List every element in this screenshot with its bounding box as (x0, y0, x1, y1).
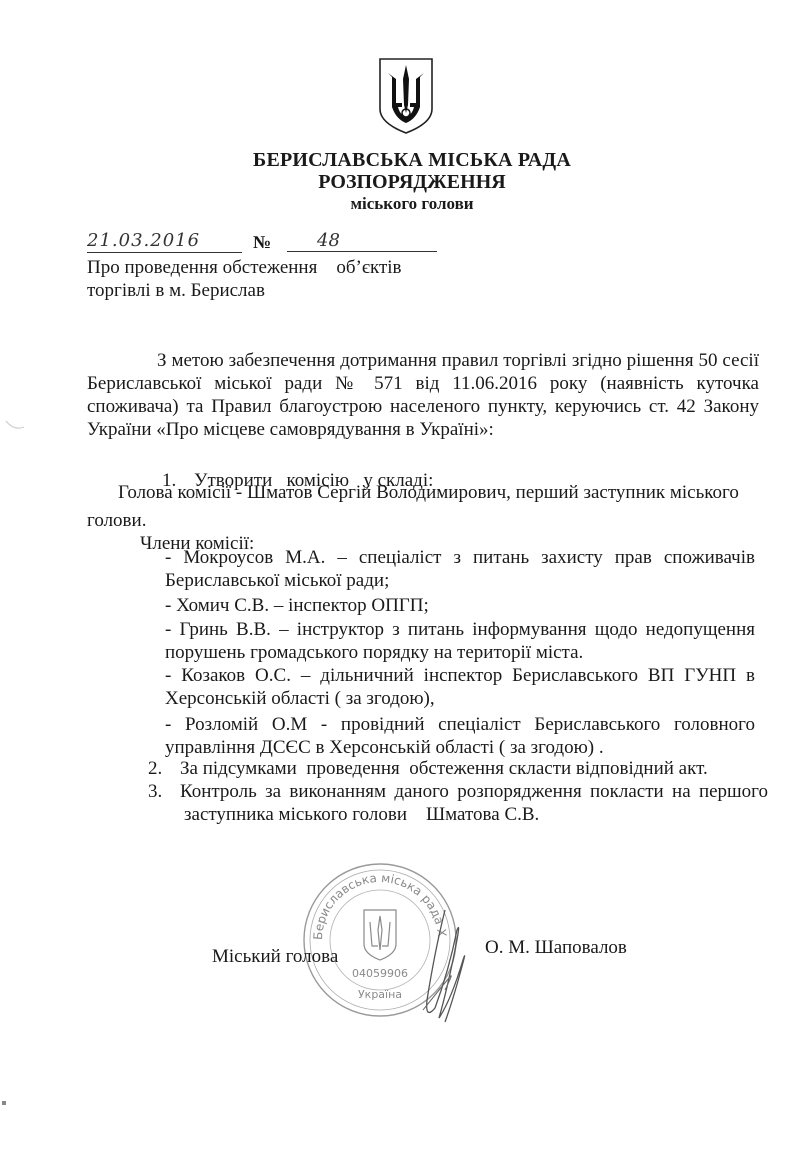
document-subject: Про проведення обстеження об’єктів торгі… (87, 256, 417, 302)
item-3-line-2: заступника міського голови Шматова С.В. (148, 803, 768, 826)
member-5: - Розломій О.М - провідний спеціаліст Бе… (165, 713, 755, 759)
head-of-commission-line-2: голови. (87, 509, 146, 532)
stamp-code: 04059906 (352, 967, 408, 980)
document-issuer: міського голови (0, 194, 800, 214)
member-2: - Хомич С.В. – інспектор ОПГП; (165, 594, 755, 617)
preamble-text: З метою забезпечення дотримання правил т… (87, 349, 759, 441)
signatory-name: О. М. Шаповалов (485, 936, 627, 959)
subject-line-2: торгівлі в м. Берислав (87, 279, 417, 302)
coat-of-arms-icon (374, 55, 438, 135)
member-5-line-2: управління ДСЄС в Херсонській області ( … (165, 736, 755, 759)
signatory-position: Міський голова (212, 945, 338, 968)
scan-dot-mark (2, 1101, 6, 1105)
member-1: - Мокроусов М.А. – спеціаліст з питань з… (165, 546, 755, 592)
item-2: 2.За підсумками проведення обстеження ск… (148, 757, 708, 780)
member-3-line-2: порушень громадського порядку на територ… (165, 641, 755, 664)
head-of-commission-line-1: Голова комісії - Шматов Сергій Володимир… (118, 481, 768, 504)
handwritten-signature (405, 890, 475, 1030)
member-1-line-2: Бериславської міської ради; (165, 569, 755, 592)
member-5-line-1: - Розломій О.М - провідний спеціаліст Бе… (165, 713, 755, 736)
member-3: - Гринь В.В. – інструктор з питань інфор… (165, 618, 755, 664)
member-3-line-1: - Гринь В.В. – інструктор з питань інфор… (165, 618, 755, 641)
number-label: № (253, 232, 271, 253)
item-3: 3. Контроль за виконанням даного розпоря… (148, 780, 768, 826)
item-2-number: 2. (148, 757, 180, 780)
preamble: З метою забезпечення дотримання правил т… (87, 349, 759, 441)
item-3-line-1: Контроль за виконанням даного розпорядже… (180, 780, 768, 803)
date-number-line: 21.03.2016 № 48 (87, 230, 367, 256)
stamp-country: Україна (358, 988, 402, 1001)
member-1-line-1: - Мокроусов М.А. – спеціаліст з питань з… (165, 546, 755, 569)
subject-line-1: Про проведення обстеження об’єктів (87, 256, 417, 279)
scan-hole-mark (4, 418, 26, 430)
head-of-commission: Голова комісії - Шматов Сергій Володимир… (118, 481, 768, 504)
item-3-number: 3. (148, 780, 180, 803)
member-4-line-1: - Козаков О.С. – дільничний інспектор Бе… (165, 664, 755, 687)
council-name: БЕРИСЛАВСЬКА МІСЬКА РАДА (0, 149, 800, 172)
document-date: 21.03.2016 (87, 230, 242, 253)
member-2-line-1: - Хомич С.В. – інспектор ОПГП; (165, 594, 755, 617)
member-4: - Козаков О.С. – дільничний інспектор Бе… (165, 664, 755, 710)
member-4-line-2: Херсонській області ( за згодою), (165, 687, 755, 710)
document-type: РОЗПОРЯДЖЕННЯ (0, 171, 800, 194)
item-2-text: За підсумками проведення обстеження скла… (180, 758, 708, 779)
document-number: 48 (287, 230, 437, 252)
